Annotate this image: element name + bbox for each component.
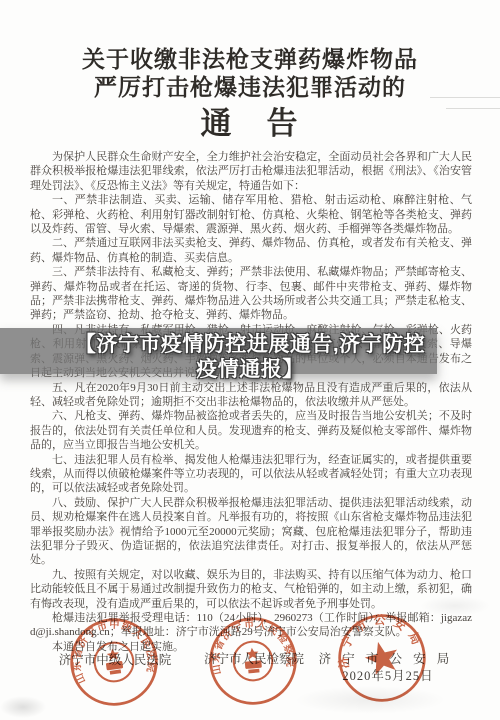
watermark-line1: 【济宁市疫情防控进展通告,济宁防控 <box>0 332 500 357</box>
notice-header: 关于收缴非法枪支弹药爆炸物品 严厉打击枪爆违法犯罪活动的 通 告 <box>0 0 500 144</box>
star-icon <box>362 638 402 677</box>
notice-document: 关于收缴非法枪支弹药爆炸物品 严厉打击枪爆违法犯罪活动的 通 告 为保护人民群众… <box>0 0 500 720</box>
notice-paragraph: 为保护人民群众生命财产安全，全力维护社会治安稳定，全面动员社会各界和广大人民群众… <box>30 150 472 193</box>
notice-title-line2: 严厉打击枪爆违法犯罪活动的 <box>0 74 500 102</box>
national-emblem-icon <box>92 640 136 684</box>
watermark-line2: 疫情通报】 <box>0 357 500 382</box>
notice-paragraph: 八、鼓励、保护广大人民群众积极举报枪爆违法犯罪活动、提供违法犯罪活动线索，动员、… <box>30 496 472 568</box>
notice-body: 为保护人民群众生命财产安全，全力维护社会治安稳定，全面动员社会各界和广大人民群众… <box>30 150 472 654</box>
official-seal-procuratorate-icon: 山东省济宁市人民检察院 <box>203 611 303 711</box>
national-emblem-icon <box>232 640 274 682</box>
scan-artifact-line <box>446 108 500 109</box>
notice-paragraph: 七、违法犯罪人员有检举、揭发他人枪爆违法犯罪行为，经查证属实的，或者提供重要线索… <box>30 453 472 496</box>
notice-title-big: 通 告 <box>0 104 500 144</box>
scan-artifact-line <box>430 97 500 98</box>
paper-smudge <box>0 696 46 718</box>
notice-paragraph: 二、严禁通过互联网非法买卖枪支、弹药、爆炸物品、仿真枪，或者发布有关枪支、弹药、… <box>30 236 472 265</box>
official-seal-court-icon: 山东省济宁市中级人民法院 <box>62 610 166 714</box>
notice-paragraph: 五、凡在2020年9月30日前主动交出上述非法枪爆物品且没有造成严重后果的，依法… <box>30 381 472 410</box>
notice-paragraph: 三、严禁非法持有、私藏枪支、弹药；严禁非法使用、私藏爆炸物品；严禁邮寄枪支、弹药… <box>30 265 472 323</box>
watermark-overlay: 【济宁市疫情防控进展通告,济宁防控 疫情通报】 <box>0 332 500 382</box>
notice-title-line1: 关于收缴非法枪支弹药爆炸物品 <box>0 46 500 74</box>
notice-paragraph: 一、严禁非法制造、买卖、运输、储存军用枪、猎枪、射击运动枪、麻醉注射枪、气枪、彩… <box>30 193 472 236</box>
notice-paragraph: 六、凡枪支、弹药、爆炸物品被盗抢或者丢失的，应当及时报告当地公安机关；不及时报告… <box>30 409 472 452</box>
